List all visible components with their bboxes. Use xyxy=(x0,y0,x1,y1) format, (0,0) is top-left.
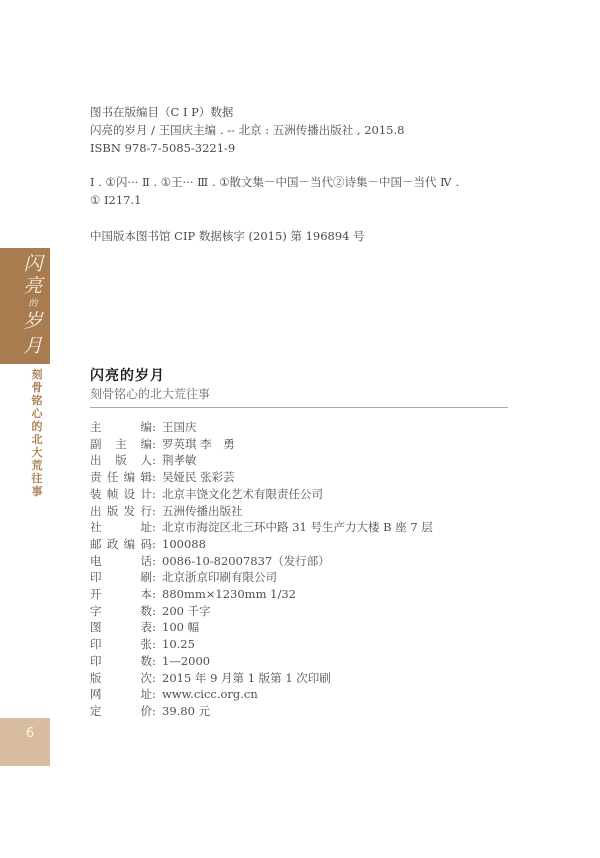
credit-label-char: 址 xyxy=(141,686,153,703)
credit-label-char: 数 xyxy=(141,653,153,670)
credit-row: 印刷:北京浙京印刷有限公司 xyxy=(90,569,433,586)
credit-label-char: 帧 xyxy=(107,486,119,503)
credit-row: 副主编:罗英琪 李 勇 xyxy=(90,436,433,453)
credit-value: 880mm×1230mm 1/32 xyxy=(162,586,296,603)
credit-label-char: 装 xyxy=(90,486,102,503)
credit-value: 北京市海淀区北三环中路 31 号生产力大楼 B 座 7 层 xyxy=(162,519,433,536)
credit-value: 200 千字 xyxy=(162,603,211,620)
side-title-tab: 闪 亮 的 岁 月 xyxy=(0,248,50,364)
credit-row: 开本:880mm×1230mm 1/32 xyxy=(90,586,433,603)
credit-label: 印刷 xyxy=(90,569,152,586)
credit-label-char: 行 xyxy=(140,503,152,520)
credit-row: 邮政编码:100088 xyxy=(90,536,433,553)
cip-record-line: 闪亮的岁月 / 王国庆主编 . -- 北京 : 五洲传播出版社 , 2015.8 xyxy=(90,121,459,139)
credit-colon: : xyxy=(152,503,162,520)
credit-label-char: 责 xyxy=(90,469,102,486)
credit-colon: : xyxy=(152,586,162,603)
credit-label: 邮政编码 xyxy=(90,536,152,553)
credit-label-char: 开 xyxy=(90,586,102,603)
credit-value: 100 幅 xyxy=(162,619,199,636)
credit-label-char: 码 xyxy=(140,536,152,553)
credit-label-char: 人 xyxy=(141,452,153,469)
credit-colon: : xyxy=(152,486,162,503)
divider xyxy=(90,407,508,408)
cip-classification-line-2: ① I217.1 xyxy=(90,191,459,209)
credit-value: 吴娅民 张彩芸 xyxy=(162,469,235,486)
credit-label: 网址 xyxy=(90,686,152,703)
credit-colon: : xyxy=(152,686,162,703)
credit-colon: : xyxy=(152,436,162,453)
credits-list: 主编:王国庆副主编:罗英琪 李 勇出版人:荆孝敏责任编辑:吴娅民 张彩芸装帧设计… xyxy=(90,419,433,720)
credit-label-char: 计 xyxy=(140,486,152,503)
side-title-char: 亮 xyxy=(18,276,48,297)
credit-label-char: 设 xyxy=(124,486,136,503)
credit-colon: : xyxy=(152,619,162,636)
credit-value: 2015 年 9 月第 1 版第 1 次印刷 xyxy=(162,670,331,687)
credit-label-char: 印 xyxy=(90,569,102,586)
credit-label-char: 印 xyxy=(90,653,102,670)
credit-row: 印数:1—2000 xyxy=(90,653,433,670)
credit-label-char: 出 xyxy=(90,452,102,469)
credit-row: 责任编辑:吴娅民 张彩芸 xyxy=(90,469,433,486)
credit-label: 印数 xyxy=(90,653,152,670)
side-subtitle: 刻骨铭心的北大荒往事 xyxy=(29,368,45,498)
credit-row: 网址:www.cicc.org.cn xyxy=(90,686,433,703)
credit-value: www.cicc.org.cn xyxy=(162,686,258,703)
credit-label-char: 址 xyxy=(141,519,153,536)
credit-label: 出版人 xyxy=(90,452,152,469)
credit-label-char: 话 xyxy=(141,553,153,570)
book-title: 闪亮的岁月 xyxy=(90,365,165,385)
credit-label-char: 次 xyxy=(141,670,153,687)
credit-value: 39.80 元 xyxy=(162,703,210,720)
credit-value: 荆孝敏 xyxy=(162,452,197,469)
credit-label-char: 任 xyxy=(107,469,119,486)
side-title-char: 的 xyxy=(18,299,48,309)
credit-label-char: 价 xyxy=(141,703,153,720)
credit-label-char: 印 xyxy=(90,636,102,653)
credit-label: 副主编 xyxy=(90,436,152,453)
credit-label-char: 版 xyxy=(90,670,102,687)
credit-label-char: 主 xyxy=(115,436,127,453)
credit-colon: : xyxy=(152,703,162,720)
credit-row: 定价:39.80 元 xyxy=(90,703,433,720)
credit-label-char: 编 xyxy=(141,419,153,436)
credit-colon: : xyxy=(152,519,162,536)
credit-label-char: 版 xyxy=(107,503,119,520)
credit-value: 100088 xyxy=(162,536,206,553)
credit-colon: : xyxy=(152,670,162,687)
credit-colon: : xyxy=(152,419,162,436)
credit-value: 王国庆 xyxy=(162,419,197,436)
book-subtitle: 刻骨铭心的北大荒往事 xyxy=(90,385,210,402)
credit-colon: : xyxy=(152,653,162,670)
credit-row: 图表:100 幅 xyxy=(90,619,433,636)
credit-label: 版次 xyxy=(90,670,152,687)
credit-colon: : xyxy=(152,569,162,586)
cip-classification-line-1: Ⅰ . ①闪··· Ⅱ . ①王··· Ⅲ . ①散文集－中国－当代②诗集－中国… xyxy=(90,173,459,191)
credit-row: 版次:2015 年 9 月第 1 版第 1 次印刷 xyxy=(90,670,433,687)
credit-colon: : xyxy=(152,536,162,553)
credit-label-char: 本 xyxy=(141,586,153,603)
credit-row: 电话:0086-10-82007837（发行部） xyxy=(90,553,433,570)
credit-label-char: 编 xyxy=(141,436,153,453)
credit-label-char: 发 xyxy=(124,503,136,520)
credit-colon: : xyxy=(152,603,162,620)
credit-value: 10.25 xyxy=(162,636,195,653)
credit-value: 五洲传播出版社 xyxy=(162,503,243,520)
credit-label-char: 电 xyxy=(90,553,102,570)
credit-row: 出版人:荆孝敏 xyxy=(90,452,433,469)
credit-value: 1—2000 xyxy=(162,653,210,670)
credit-label-char: 邮 xyxy=(90,536,102,553)
page-number: 6 xyxy=(26,726,34,741)
credit-label-char: 张 xyxy=(141,636,153,653)
credit-label-char: 图 xyxy=(90,619,102,636)
credit-value: 0086-10-82007837（发行部） xyxy=(162,553,330,570)
credit-row: 主编:王国庆 xyxy=(90,419,433,436)
credit-label-char: 出 xyxy=(90,503,102,520)
credit-colon: : xyxy=(152,469,162,486)
credit-label-char: 主 xyxy=(90,419,102,436)
credit-label-char: 编 xyxy=(124,536,136,553)
credit-row: 印张:10.25 xyxy=(90,636,433,653)
credit-label: 电话 xyxy=(90,553,152,570)
credit-label-char: 表 xyxy=(141,619,153,636)
credit-colon: : xyxy=(152,553,162,570)
credit-colon: : xyxy=(152,636,162,653)
credit-label: 定价 xyxy=(90,703,152,720)
cip-number: 中国版本图书馆 CIP 数据核字 (2015) 第 196894 号 xyxy=(90,227,459,245)
cip-isbn: ISBN 978-7-5085-3221-9 xyxy=(90,139,459,157)
credit-row: 出版发行:五洲传播出版社 xyxy=(90,503,433,520)
credit-value: 北京浙京印刷有限公司 xyxy=(162,569,277,586)
side-title-char: 闪 xyxy=(18,254,48,275)
cip-data-block: 图书在版编目（C I P）数据 闪亮的岁月 / 王国庆主编 . -- 北京 : … xyxy=(90,103,459,245)
credit-label-char: 版 xyxy=(115,452,127,469)
credit-label: 装帧设计 xyxy=(90,486,152,503)
credit-label-char: 政 xyxy=(107,536,119,553)
credit-label: 责任编辑 xyxy=(90,469,152,486)
credit-label-char: 社 xyxy=(90,519,102,536)
credit-label: 字数 xyxy=(90,603,152,620)
side-title-char: 岁 xyxy=(18,311,48,332)
credit-label-char: 副 xyxy=(90,436,102,453)
credit-label: 图表 xyxy=(90,619,152,636)
side-title-char: 月 xyxy=(18,336,48,357)
credit-row: 装帧设计:北京丰饶文化艺术有限责任公司 xyxy=(90,486,433,503)
credit-label-char: 网 xyxy=(90,686,102,703)
credit-label-char: 刷 xyxy=(141,569,153,586)
credit-label-char: 辑 xyxy=(140,469,152,486)
credit-label-char: 数 xyxy=(141,603,153,620)
credit-colon: : xyxy=(152,452,162,469)
credit-label: 主编 xyxy=(90,419,152,436)
credit-value: 罗英琪 李 勇 xyxy=(162,436,235,453)
credit-row: 社址:北京市海淀区北三环中路 31 号生产力大楼 B 座 7 层 xyxy=(90,519,433,536)
credit-label: 印张 xyxy=(90,636,152,653)
cip-heading: 图书在版编目（C I P）数据 xyxy=(90,103,459,121)
credit-label-char: 编 xyxy=(124,469,136,486)
credit-label: 社址 xyxy=(90,519,152,536)
credit-label: 开本 xyxy=(90,586,152,603)
credit-label-char: 字 xyxy=(90,603,102,620)
credit-value: 北京丰饶文化艺术有限责任公司 xyxy=(162,486,323,503)
credit-row: 字数:200 千字 xyxy=(90,603,433,620)
page-number-tab: 6 xyxy=(0,718,50,766)
credit-label-char: 定 xyxy=(90,703,102,720)
credit-label: 出版发行 xyxy=(90,503,152,520)
